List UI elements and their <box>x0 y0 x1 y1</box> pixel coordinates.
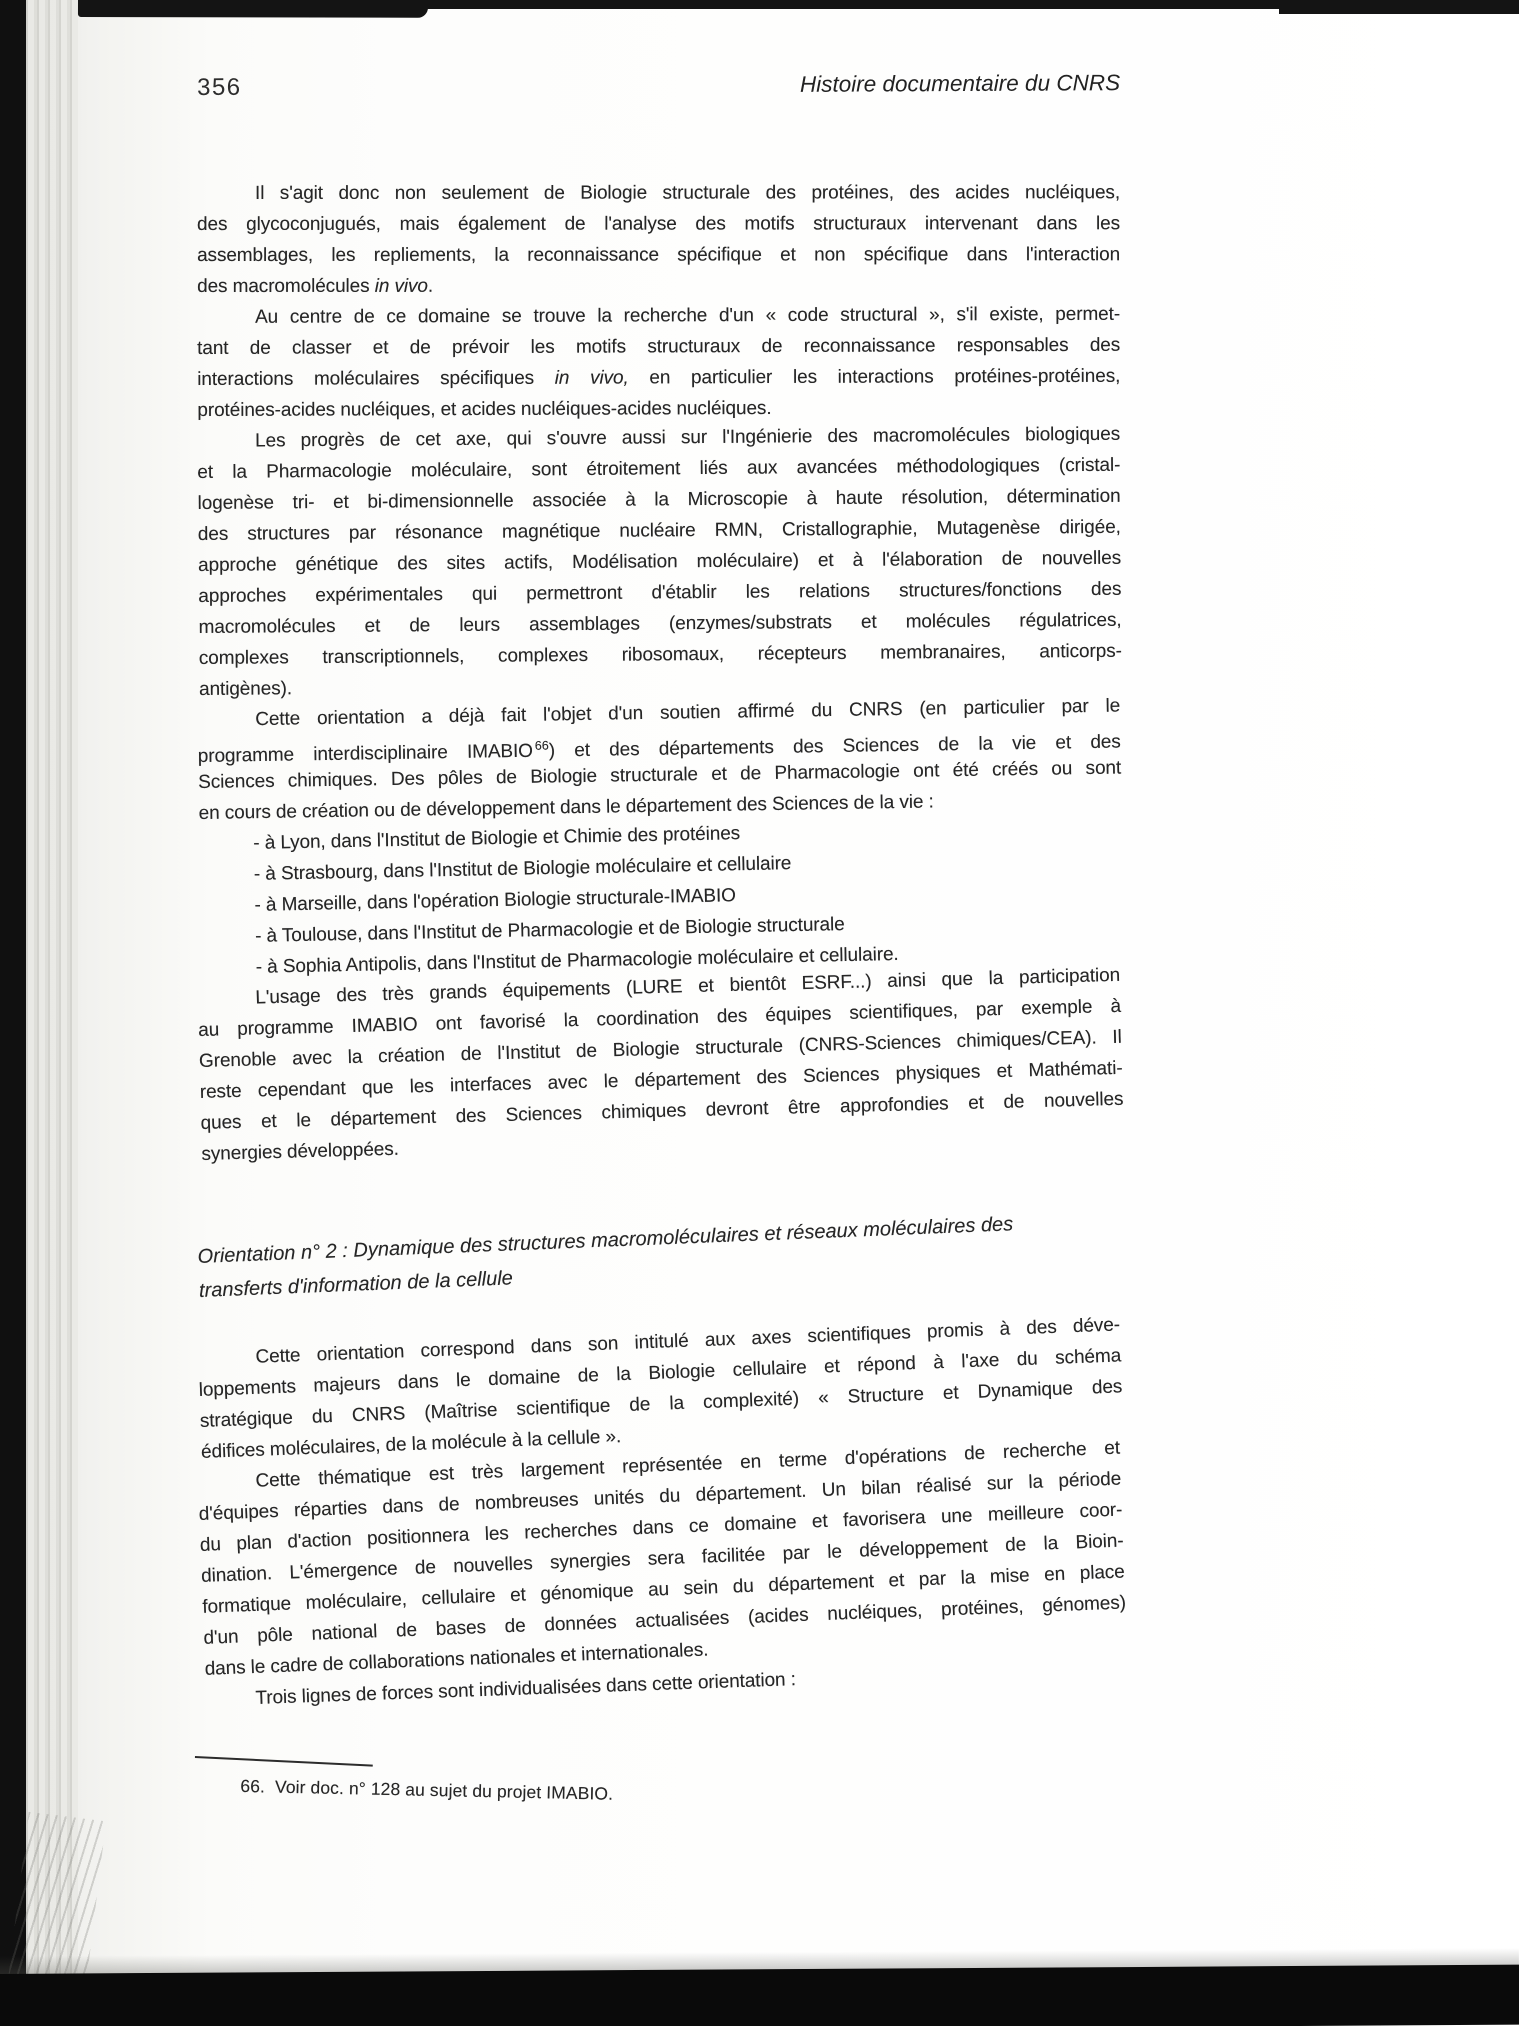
paragraph-thematique: Cette thématique est très largement repr… <box>197 1433 1128 1685</box>
footnote-body: Voir doc. n° 128 au sujet du projet IMAB… <box>275 1777 614 1804</box>
text-line: des macromolécules in vivo. <box>197 270 1120 302</box>
paragraph-code-structural: Au centre de ce domaine se trouve la rec… <box>197 299 1120 426</box>
text-line: assemblages, les repliements, la reconna… <box>197 239 1120 271</box>
text-line: Au centre de ce domaine se trouve la rec… <box>197 299 1120 333</box>
page-number: 356 <box>197 74 242 102</box>
scan-edge-bottom <box>0 1965 1519 2026</box>
page-header: 356 Histoire documentaire du CNRS <box>197 69 1120 102</box>
scanned-page: 356 Histoire documentaire du CNRS Il s'a… <box>0 0 1519 2026</box>
paragraph-soutien-cnrs: Cette orientation a déjà fait l'objet d'… <box>197 691 1122 829</box>
footnote-text: 66.Voir doc. n° 128 au sujet du projet I… <box>196 1775 896 1811</box>
scan-page-edges-left <box>26 0 78 2026</box>
scan-edge-top-thick <box>78 0 428 18</box>
list-poles-locations: - à Lyon, dans l'Institut de Biologie et… <box>197 810 1123 983</box>
paragraph-progres-axe: Les progrès de cet axe, qui s'ouvre auss… <box>197 419 1122 705</box>
text-line: tant de classer et de prévoir les motifs… <box>197 330 1120 364</box>
heading-orientation-2: Orientation n° 2 : Dynamique des structu… <box>197 1203 1122 1308</box>
footnote: 66.Voir doc. n° 128 au sujet du projet I… <box>196 1756 897 1811</box>
footnote-marker: 66. <box>240 1776 265 1797</box>
text-line: interactions moléculaires spécifiques in… <box>197 361 1120 395</box>
scan-edge-left <box>0 0 26 2026</box>
text-line: des glycoconjugués, mais également de l'… <box>197 208 1120 240</box>
scan-edge-top-right <box>1279 0 1519 14</box>
footnote-rule <box>195 1756 373 1767</box>
paragraph-intro-structural-biology: Il s'agit donc non seulement de Biologie… <box>197 177 1120 302</box>
text-line: Il s'agit donc non seulement de Biologie… <box>197 177 1120 209</box>
running-title: Histoire documentaire du CNRS <box>800 70 1120 98</box>
paragraph-grands-equipements: L'usage des très grands équipements (LUR… <box>197 960 1125 1170</box>
text-column: Il s'agit donc non seulement de Biologie… <box>197 178 1120 1716</box>
